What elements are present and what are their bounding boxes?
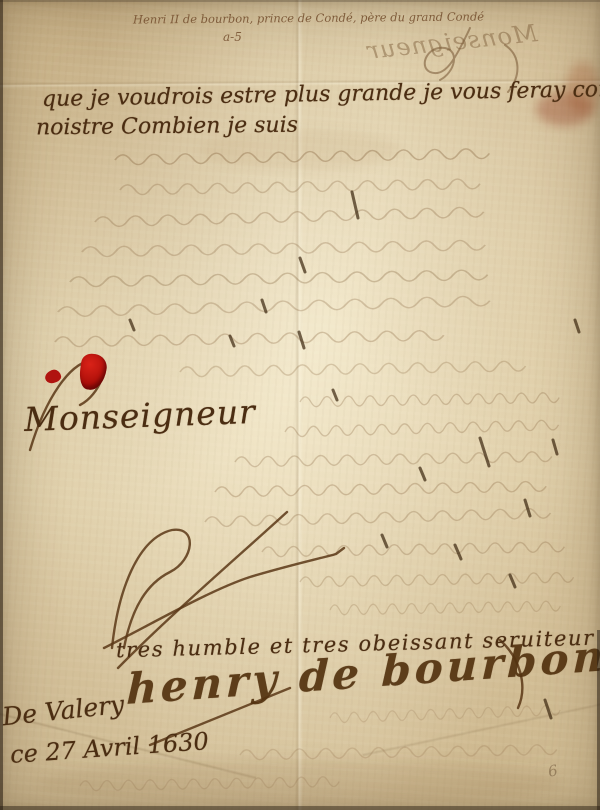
manuscript-photo: Henri II de bourbon, prince de Condé, pè… (0, 0, 600, 810)
photo-edge-bottom (0, 806, 600, 810)
photo-vignette (0, 0, 600, 810)
photo-edge-left (0, 0, 3, 810)
photo-edge-top (0, 0, 600, 2)
